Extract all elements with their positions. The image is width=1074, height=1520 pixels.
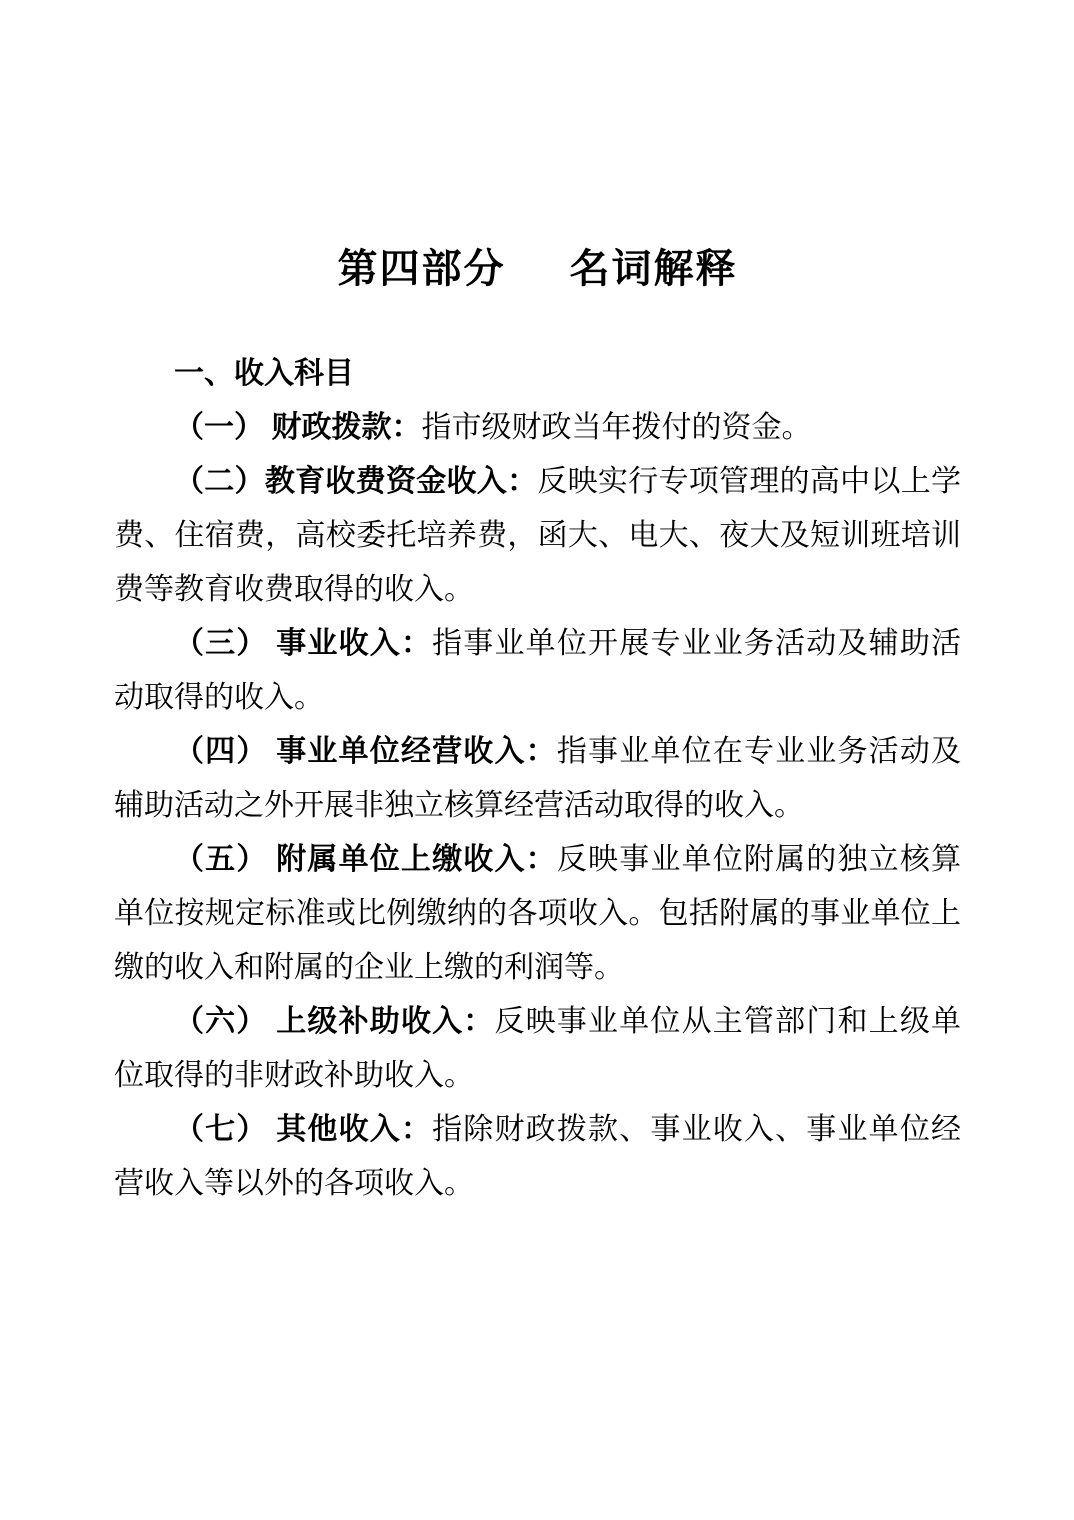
document-page: 第四部分 名词解释 一、收入科目 （一） 财政拨款：指市级财政当年拨付的资金。 … bbox=[0, 0, 1074, 1520]
page-title: 第四部分 名词解释 bbox=[114, 245, 961, 293]
glossary-item-education-fee-income: （二）教育收费资金收入：反映实行专项管理的高中以上学费、住宿费，高校委托培养费，… bbox=[114, 455, 961, 617]
glossary-item-fiscal-appropriation: （一） 财政拨款：指市级财政当年拨付的资金。 bbox=[114, 401, 961, 455]
glossary-item-other-income: （七） 其他收入：指除财政拨款、事业收入、事业单位经营收入等以外的各项收入。 bbox=[114, 1103, 961, 1211]
term-label: （三） 事业收入： bbox=[174, 627, 432, 660]
term-label: （五） 附属单位上缴收入： bbox=[174, 843, 557, 876]
term-label: （四） 事业单位经营收入： bbox=[174, 735, 557, 768]
glossary-item-superior-subsidy-income: （六） 上级补助收入：反映事业单位从主管部门和上级单位取得的非财政补助收入。 bbox=[114, 995, 961, 1103]
glossary-item-affiliated-unit-remittance: （五） 附属单位上缴收入：反映事业单位附属的独立核算单位按规定标准或比例缴纳的各… bbox=[114, 833, 961, 995]
page-title-part1: 第四部分 bbox=[338, 246, 506, 291]
term-label: （七） 其他收入： bbox=[174, 1113, 432, 1146]
glossary-item-business-operating-income: （四） 事业单位经营收入：指事业单位在专业业务活动及辅助活动之外开展非独立核算经… bbox=[114, 725, 961, 833]
term-label: （六） 上级补助收入： bbox=[174, 1005, 494, 1038]
term-label: （二）教育收费资金收入： bbox=[174, 465, 537, 498]
term-label: （一） 财政拨款： bbox=[174, 411, 422, 444]
glossary-item-operational-income: （三） 事业收入：指事业单位开展专业业务活动及辅助活动取得的收入。 bbox=[114, 617, 961, 725]
term-definition: 指市级财政当年拨付的资金。 bbox=[422, 411, 812, 444]
section-heading-income-categories: 一、收入科目 bbox=[114, 347, 961, 401]
page-title-part2: 名词解释 bbox=[570, 246, 738, 291]
